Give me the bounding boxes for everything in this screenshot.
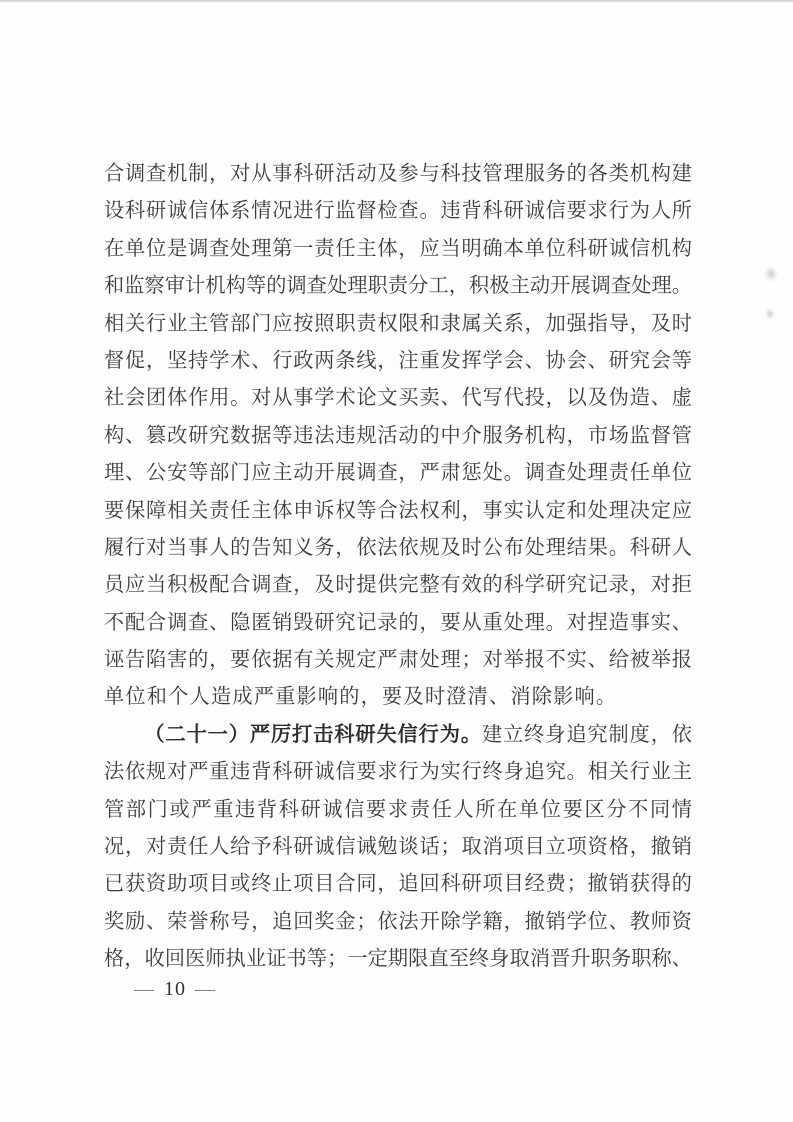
page-number-right-dash: — bbox=[195, 978, 216, 1000]
text-line: 况，对责任人给予科研诚信诫勉谈话；取消项目立项资格，撤销 bbox=[104, 829, 692, 866]
body-text: 合调查机制，对从事科研活动及参与科技管理服务的各类机构建设科研诚信体系情况进行监… bbox=[104, 156, 692, 979]
page-number-value: 10 bbox=[155, 978, 195, 1000]
text-line: 管部门或严重违背科研诚信要求责任人所在单位要区分不同情 bbox=[104, 792, 692, 829]
text-line: 奖励、荣誉称号，追回奖金；依法开除学籍，撤销学位、教师资 bbox=[104, 904, 692, 941]
text-line: 不配合调查、隐匿销毁研究记录的，要从重处理。对捏造事实、 bbox=[104, 605, 692, 642]
text-line: 要保障相关责任主体申诉权等合法权利，事实认定和处理决定应 bbox=[104, 493, 692, 530]
scan-artifact bbox=[765, 308, 775, 320]
scan-edge bbox=[0, 0, 793, 3]
text-line: 构、篡改研究数据等违法违规活动的中介服务机构，市场监督管 bbox=[104, 418, 692, 455]
text-line: 和监察审计机构等的调查处理职责分工，积极主动开展调查处理。 bbox=[104, 268, 692, 305]
text-line: 单位和个人造成严重影响的，要及时澄清、消除影响。 bbox=[104, 679, 692, 716]
text-line: （二十一）严厉打击科研失信行为。建立终身追究制度，依 bbox=[104, 717, 692, 754]
text-line: 员应当积极配合调查，及时提供完整有效的科学研究记录，对拒 bbox=[104, 567, 692, 604]
section-heading: （二十一）严厉打击科研失信行为。 bbox=[144, 724, 482, 746]
text-line: 格，收回医师执业证书等；一定期限直至终身取消晋升职务职称、 bbox=[104, 941, 692, 978]
text-line: 理、公安等部门应主动开展调查，严肃惩处。调查处理责任单位 bbox=[104, 455, 692, 492]
text-line: 社会团体作用。对从事学术论文买卖、代写代投，以及伪造、虚 bbox=[104, 380, 692, 417]
text-line: 在单位是调查处理第一责任主体，应当明确本单位科研诚信机构 bbox=[104, 231, 692, 268]
text-line: 合调查机制，对从事科研活动及参与科技管理服务的各类机构建 bbox=[104, 156, 692, 193]
page-number: —10— bbox=[134, 977, 216, 1001]
text-line: 法依规对严重违背科研诚信要求行为实行终身追究。相关行业主 bbox=[104, 754, 692, 791]
scan-artifact bbox=[764, 266, 778, 282]
text-line: 已获资助项目或终止项目合同，追回科研项目经费；撤销获得的 bbox=[104, 866, 692, 903]
text-line: 督促，坚持学术、行政两条线，注重发挥学会、协会、研究会等 bbox=[104, 343, 692, 380]
text-line: 设科研诚信体系情况进行监督检查。违背科研诚信要求行为人所 bbox=[104, 193, 692, 230]
text-line: 诬告陷害的，要依据有关规定严肃处理；对举报不实、给被举报 bbox=[104, 642, 692, 679]
document-page: 合调查机制，对从事科研活动及参与科技管理服务的各类机构建设科研诚信体系情况进行监… bbox=[0, 0, 793, 1122]
text-segment: 建立终身追究制度，依 bbox=[482, 724, 692, 746]
page-number-left-dash: — bbox=[134, 978, 155, 1000]
text-line: 相关行业主管部门应按照职责权限和隶属关系，加强指导，及时 bbox=[104, 306, 692, 343]
text-line: 履行对当事人的告知义务，依法依规及时公布处理结果。科研人 bbox=[104, 530, 692, 567]
